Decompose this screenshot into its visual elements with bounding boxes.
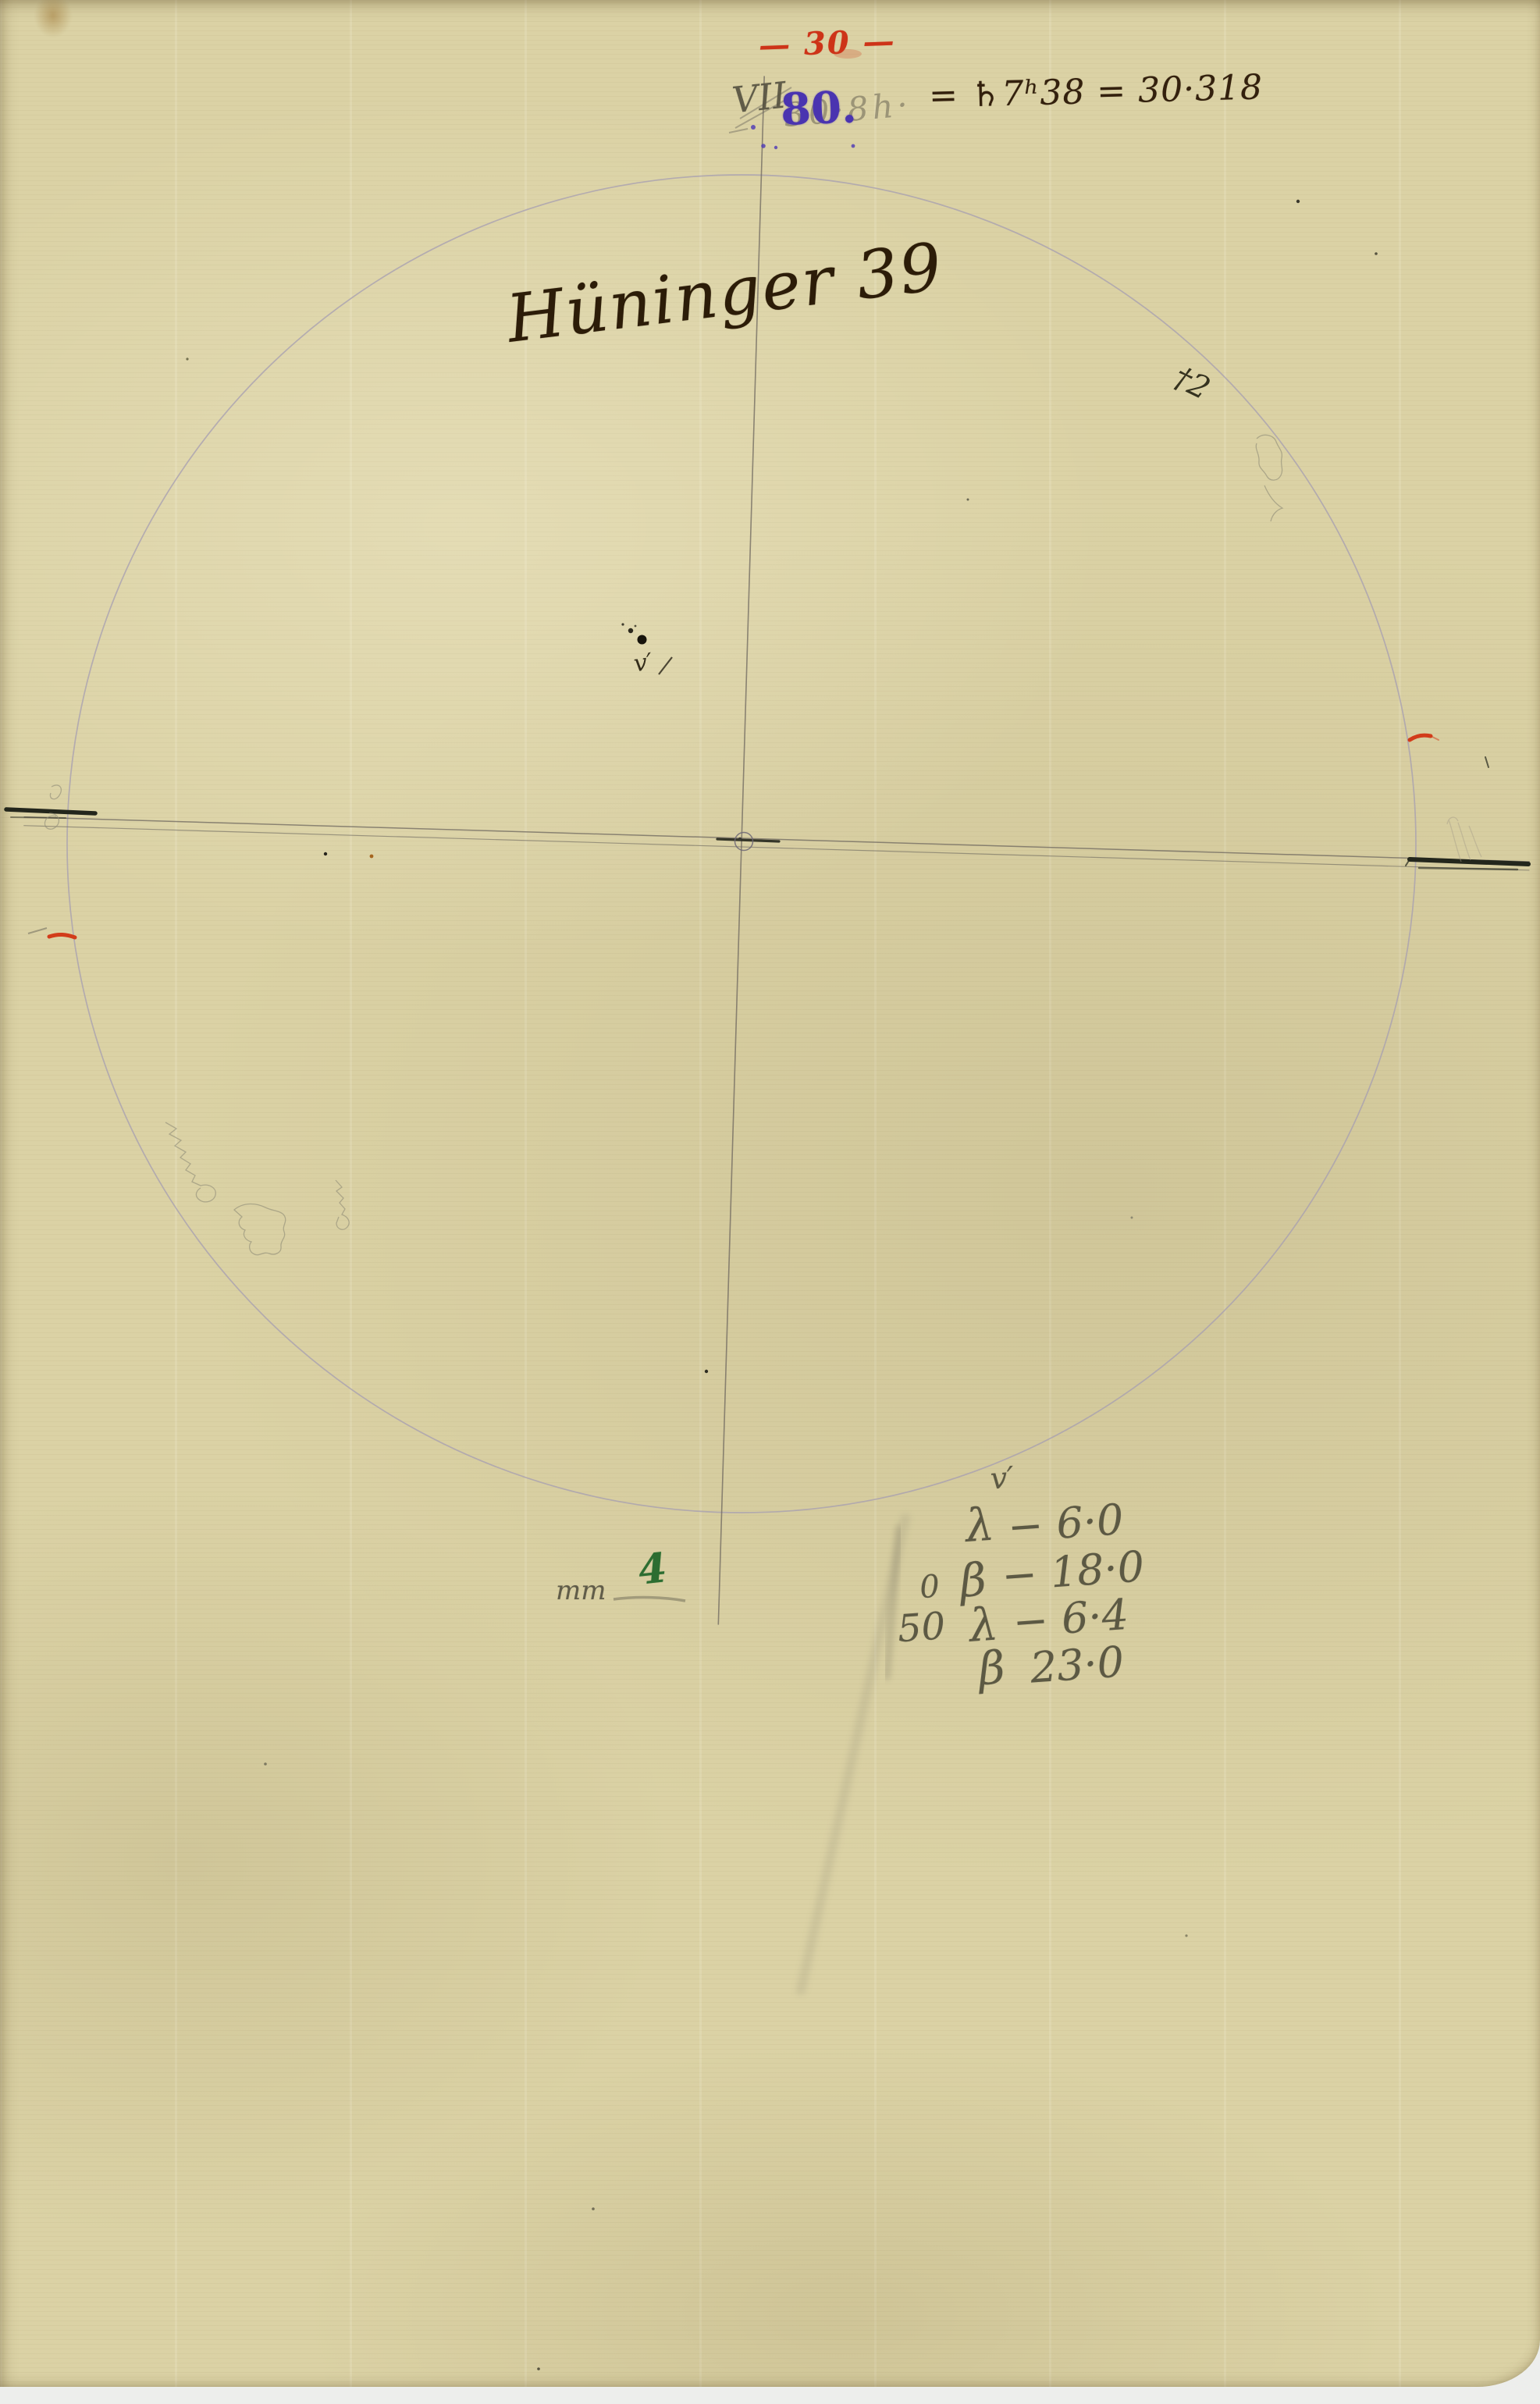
- sunspot-group-label: v′: [632, 649, 654, 678]
- row-prefix: 0: [919, 1569, 941, 1606]
- ink-tick-marks: [6, 757, 1528, 869]
- scanned-page: { "header": { "red_number": "— 30 —", "p…: [0, 0, 1540, 2404]
- row-prefix: 50: [896, 1604, 947, 1651]
- red-sheet-number: — 30 —: [758, 23, 896, 64]
- red-crayon-marks: [49, 49, 1439, 937]
- measurement-block: v′ λ − 6·0 0 β − 18·0 50 λ − 6·4 β 23·0: [881, 1439, 1211, 1718]
- beta-value: 23·0: [1029, 1637, 1126, 1692]
- scale-value-green: 4: [636, 1544, 669, 1594]
- lambda-value: − 6·0: [1006, 1495, 1125, 1552]
- paper-specks: [186, 200, 1377, 2370]
- drawing-layer: [0, 0, 1540, 2404]
- blue-stamp-number: 80.: [780, 81, 858, 135]
- beta-symbol: β: [976, 1641, 1006, 1695]
- scale-unit-label: mm: [556, 1575, 606, 1606]
- lambda-symbol: λ: [964, 1498, 996, 1552]
- scale-underline: [614, 1598, 685, 1601]
- measurement-group-label: v′: [989, 1460, 1015, 1496]
